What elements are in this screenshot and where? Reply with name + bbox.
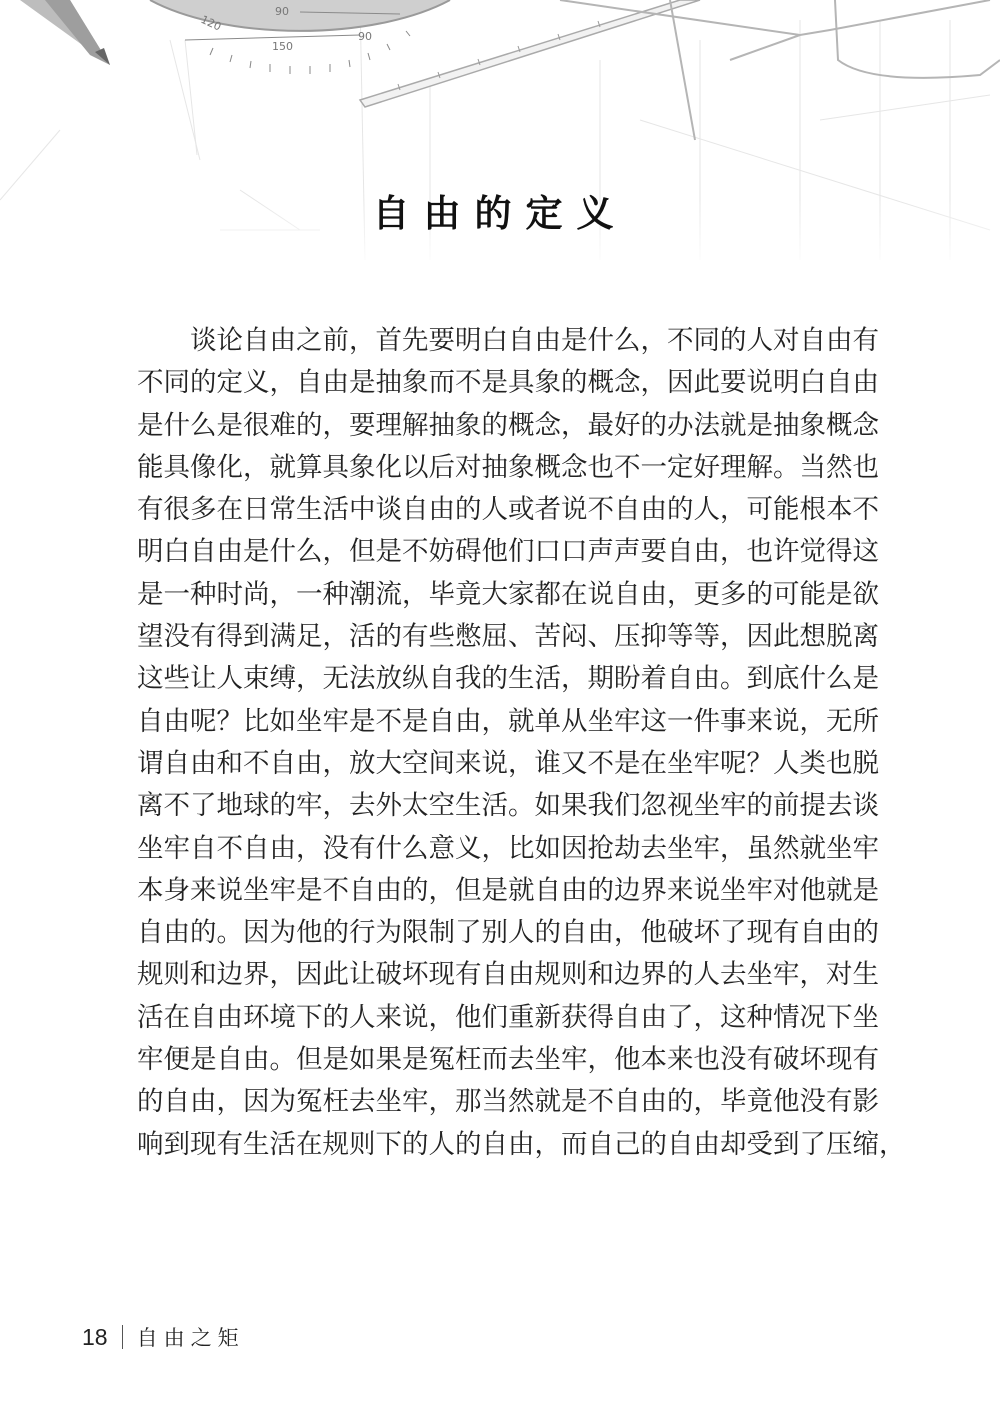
body-line: 响到现有生活在规则下的人的自由，而自己的自由却受到了压缩， xyxy=(137,1124,863,1166)
body-line: 自由的。因为他的行为限制了别人的自由，他破坏了现有自由的 xyxy=(137,912,863,954)
body-line: 有很多在日常生活中谈自由的人或者说不自由的人，可能根本不 xyxy=(137,489,863,531)
svg-text:90: 90 xyxy=(358,30,372,43)
body-line: 这些让人束缚，无法放纵自我的生活，期盼着自由。到底什么是 xyxy=(137,658,863,700)
body-line: 活在自由环境下的人来说，他们重新获得自由了，这种情况下坐 xyxy=(137,997,863,1039)
body-line: 规则和边界，因此让破坏现有自由规则和边界的人去坐牢，对生 xyxy=(137,954,863,996)
page-footer: 18 自由之矩 xyxy=(82,1322,245,1352)
body-line: 谈论自由之前，首先要明白自由是什么，不同的人对自由有 xyxy=(137,320,863,362)
body-line: 是什么是很难的，要理解抽象的概念，最好的办法就是抽象概念 xyxy=(137,405,863,447)
body-line: 是一种时尚，一种潮流，毕竟大家都在说自由，更多的可能是欲 xyxy=(137,574,863,616)
body-line: 牢便是自由。但是如果是冤枉而去坐牢，他本来也没有破坏现有 xyxy=(137,1039,863,1081)
footer-divider xyxy=(122,1325,123,1349)
body-line: 离不了地球的牢，去外太空生活。如果我们忽视坐牢的前提去谈 xyxy=(137,785,863,827)
protractor-icon: 120 90 150 90 xyxy=(150,0,450,74)
page-title: 自由的定义 xyxy=(0,183,1000,237)
body-line: 本身来说坐牢是不自由的，但是就自由的边界来说坐牢对他就是 xyxy=(137,870,863,912)
pencil-icon xyxy=(20,0,110,65)
body-line: 明白自由是什么，但是不妨碍他们口口声声要自由，也许觉得这 xyxy=(137,531,863,573)
body-line: 望没有得到满足，活的有些憋屈、苦闷、压抑等等，因此想脱离 xyxy=(137,616,863,658)
body-line: 谓自由和不自由，放大空间来说，谁又不是在坐牢呢？人类也脱 xyxy=(137,743,863,785)
body-line: 能具像化，就算具象化以后对抽象概念也不一定好理解。当然也 xyxy=(137,447,863,489)
page-number: 18 xyxy=(82,1324,108,1351)
body-line: 自由呢？比如坐牢是不是自由，就单从坐牢这一件事来说，无所 xyxy=(137,701,863,743)
svg-text:150: 150 xyxy=(272,40,293,53)
body-line: 坐牢自不自由，没有什么意义，比如因抢劫去坐牢，虽然就坐牢 xyxy=(137,828,863,870)
svg-text:90: 90 xyxy=(275,5,289,18)
body-line: 不同的定义，自由是抽象而不是具象的概念，因此要说明白自由 xyxy=(137,362,863,404)
body-paragraph: 谈论自由之前，首先要明白自由是什么，不同的人对自由有 不同的定义，自由是抽象而不… xyxy=(137,320,863,1166)
running-title: 自由之矩 xyxy=(137,1322,245,1352)
body-line: 的自由，因为冤枉去坐牢，那当然就是不自由的，毕竟他没有影 xyxy=(137,1081,863,1123)
